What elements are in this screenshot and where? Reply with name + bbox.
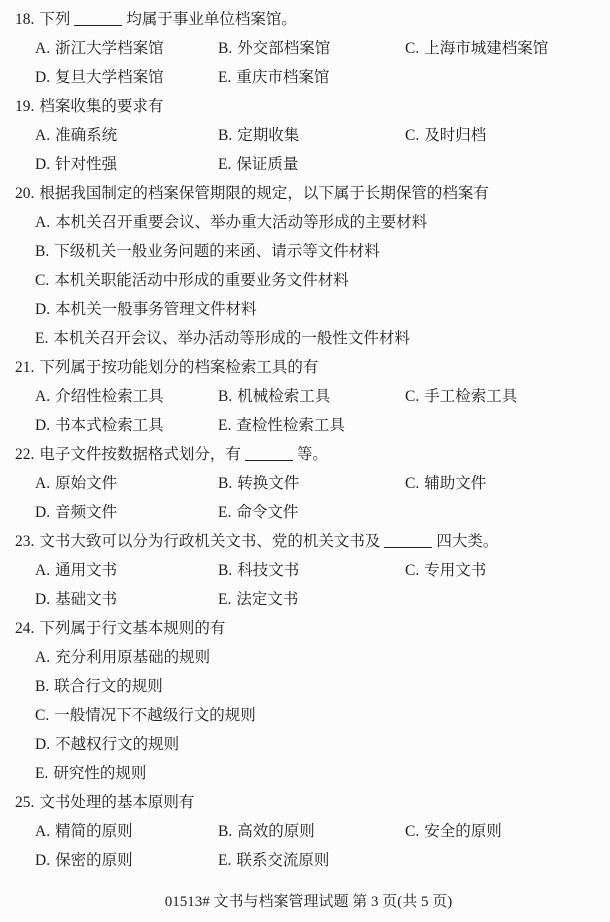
option-letter: A. bbox=[35, 649, 50, 666]
option-text: 定期收集 bbox=[237, 127, 299, 144]
option-text: 书本式检索工具 bbox=[55, 417, 164, 434]
option-text: 高效的原则 bbox=[237, 823, 315, 840]
option-letter: E. bbox=[218, 852, 231, 869]
answer-option: B.高效的原则 bbox=[218, 817, 405, 846]
question-stem: 23.文书大致可以分为行政机关文书、党的机关文书及四大类。 bbox=[15, 527, 602, 556]
answer-option: E.查检性检索工具 bbox=[218, 411, 405, 440]
answer-option: B.定期收集 bbox=[218, 121, 405, 150]
option-row: D.基础文书E.法定文书 bbox=[15, 585, 602, 614]
option-row: A.通用文书B.科技文书C.专用文书 bbox=[15, 556, 602, 585]
option-letter: B. bbox=[218, 40, 232, 57]
option-text: 上海市城建档案馆 bbox=[424, 40, 548, 57]
option-row: A.充分利用原基础的规则 bbox=[15, 643, 602, 672]
question-number: 22. bbox=[15, 446, 34, 463]
option-letter: E. bbox=[218, 69, 231, 86]
option-letter: A. bbox=[35, 214, 50, 231]
answer-option: C.手工检索工具 bbox=[405, 382, 602, 411]
question-number: 19. bbox=[15, 98, 34, 115]
option-text: 及时归档 bbox=[424, 127, 486, 144]
option-letter: D. bbox=[35, 69, 50, 86]
question-number: 20. bbox=[15, 185, 34, 202]
option-text: 命令文件 bbox=[236, 504, 298, 521]
answer-option: D.不越权行文的规则 bbox=[35, 730, 602, 759]
answer-option: C.一般情况下不越级行文的规则 bbox=[35, 701, 602, 730]
option-letter: D. bbox=[35, 301, 50, 318]
answer-option: D.音频文件 bbox=[35, 498, 218, 527]
question-text: 等。 bbox=[297, 446, 328, 463]
option-row: A.精简的原则B.高效的原则C.安全的原则 bbox=[15, 817, 602, 846]
option-text: 基础文书 bbox=[55, 591, 117, 608]
question-text: 档案收集的要求有 bbox=[39, 98, 163, 115]
option-letter: B. bbox=[218, 475, 232, 492]
option-text: 介绍性检索工具 bbox=[55, 388, 164, 405]
option-letter: E. bbox=[35, 765, 48, 782]
exam-page: 18.下列均属于事业单位档案馆。A.浙江大学档案馆B.外交部档案馆C.上海市城建… bbox=[0, 0, 610, 922]
option-letter: C. bbox=[35, 272, 49, 289]
option-row: A.介绍性检索工具B.机械检索工具C.手工检索工具 bbox=[15, 382, 602, 411]
option-letter: B. bbox=[218, 823, 232, 840]
option-letter: A. bbox=[35, 127, 50, 144]
option-letter: C. bbox=[405, 388, 419, 405]
answer-option: A.本机关召开重要会议、举办重大活动等形成的主要材料 bbox=[35, 208, 602, 237]
option-text: 外交部档案馆 bbox=[237, 40, 330, 57]
option-letter: A. bbox=[35, 823, 50, 840]
question-text: 均属于事业单位档案馆。 bbox=[126, 11, 297, 28]
question-block: 23.文书大致可以分为行政机关文书、党的机关文书及四大类。A.通用文书B.科技文… bbox=[15, 527, 602, 614]
option-row: D.不越权行文的规则 bbox=[15, 730, 602, 759]
option-row: A.原始文件B.转换文件C.辅助文件 bbox=[15, 469, 602, 498]
question-number: 24. bbox=[15, 620, 34, 637]
option-text: 下级机关一般业务问题的来函、请示等文件材料 bbox=[54, 243, 380, 260]
answer-option: A.介绍性检索工具 bbox=[35, 382, 218, 411]
answer-option: B.转换文件 bbox=[218, 469, 405, 498]
option-text: 重庆市档案馆 bbox=[236, 69, 329, 86]
answer-option: A.浙江大学档案馆 bbox=[35, 34, 218, 63]
option-text: 一般情况下不越级行文的规则 bbox=[54, 707, 256, 724]
option-text: 安全的原则 bbox=[424, 823, 502, 840]
option-text: 转换文件 bbox=[237, 475, 299, 492]
answer-option: A.原始文件 bbox=[35, 469, 218, 498]
answer-option: B.外交部档案馆 bbox=[218, 34, 405, 63]
option-text: 联系交流原则 bbox=[236, 852, 329, 869]
option-letter: D. bbox=[35, 852, 50, 869]
option-text: 本机关召开会议、举办活动等形成的一般性文件材料 bbox=[53, 330, 410, 347]
option-row: D.书本式检索工具E.查检性检索工具 bbox=[15, 411, 602, 440]
option-text: 专用文书 bbox=[424, 562, 486, 579]
option-row: A.本机关召开重要会议、举办重大活动等形成的主要材料 bbox=[15, 208, 602, 237]
option-row: B.联合行文的规则 bbox=[15, 672, 602, 701]
question-text: 四大类。 bbox=[436, 533, 498, 550]
answer-option: A.通用文书 bbox=[35, 556, 218, 585]
option-row: D.针对性强E.保证质量 bbox=[15, 150, 602, 179]
option-row: E.本机关召开会议、举办活动等形成的一般性文件材料 bbox=[15, 324, 602, 353]
question-block: 24.下列属于行文基本规则的有A.充分利用原基础的规则B.联合行文的规则C.一般… bbox=[15, 614, 602, 788]
answer-option: E.联系交流原则 bbox=[218, 846, 405, 875]
option-row: D.复旦大学档案馆E.重庆市档案馆 bbox=[15, 63, 602, 92]
option-row: C.本机关职能活动中形成的重要业务文件材料 bbox=[15, 266, 602, 295]
option-letter: C. bbox=[405, 562, 419, 579]
option-letter: B. bbox=[35, 678, 49, 695]
answer-option: D.基础文书 bbox=[35, 585, 218, 614]
question-block: 20.根据我国制定的档案保管期限的规定，以下属于长期保管的档案有A.本机关召开重… bbox=[15, 179, 602, 353]
option-text: 法定文书 bbox=[236, 591, 298, 608]
answer-option: B.机械检索工具 bbox=[218, 382, 405, 411]
question-stem: 24.下列属于行文基本规则的有 bbox=[15, 614, 602, 643]
option-letter: C. bbox=[405, 127, 419, 144]
option-text: 辅助文件 bbox=[424, 475, 486, 492]
answer-option: D.针对性强 bbox=[35, 150, 218, 179]
question-number: 18. bbox=[15, 11, 34, 28]
question-number: 25. bbox=[15, 794, 34, 811]
option-letter: E. bbox=[218, 504, 231, 521]
answer-option: E.本机关召开会议、举办活动等形成的一般性文件材料 bbox=[35, 324, 602, 353]
option-row: C.一般情况下不越级行文的规则 bbox=[15, 701, 602, 730]
answer-option: E.重庆市档案馆 bbox=[218, 63, 405, 92]
option-row: D.音频文件E.命令文件 bbox=[15, 498, 602, 527]
option-letter: C. bbox=[405, 475, 419, 492]
option-letter: B. bbox=[218, 388, 232, 405]
option-text: 充分利用原基础的规则 bbox=[55, 649, 210, 666]
question-block: 18.下列均属于事业单位档案馆。A.浙江大学档案馆B.外交部档案馆C.上海市城建… bbox=[15, 5, 602, 92]
answer-option: E.保证质量 bbox=[218, 150, 405, 179]
option-text: 机械检索工具 bbox=[237, 388, 330, 405]
option-text: 本机关召开重要会议、举办重大活动等形成的主要材料 bbox=[55, 214, 427, 231]
option-text: 联合行文的规则 bbox=[54, 678, 163, 695]
question-stem: 25.文书处理的基本原则有 bbox=[15, 788, 602, 817]
option-letter: C. bbox=[405, 823, 419, 840]
answer-option: B.科技文书 bbox=[218, 556, 405, 585]
option-row: D.保密的原则E.联系交流原则 bbox=[15, 846, 602, 875]
option-letter: A. bbox=[35, 40, 50, 57]
question-text: 文书大致可以分为行政机关文书、党的机关文书及 bbox=[39, 533, 380, 550]
answer-option: E.法定文书 bbox=[218, 585, 405, 614]
option-text: 保证质量 bbox=[236, 156, 298, 173]
option-text: 科技文书 bbox=[237, 562, 299, 579]
option-letter: E. bbox=[218, 591, 231, 608]
question-number: 21. bbox=[15, 359, 34, 376]
question-text: 下列 bbox=[39, 11, 70, 28]
answer-option: D.保密的原则 bbox=[35, 846, 218, 875]
option-text: 保密的原则 bbox=[55, 852, 133, 869]
option-text: 通用文书 bbox=[55, 562, 117, 579]
option-text: 准确系统 bbox=[55, 127, 117, 144]
answer-option: C.辅助文件 bbox=[405, 469, 602, 498]
fill-in-blank bbox=[384, 545, 432, 548]
option-letter: E. bbox=[218, 156, 231, 173]
option-letter: B. bbox=[218, 562, 232, 579]
option-row: A.浙江大学档案馆B.外交部档案馆C.上海市城建档案馆 bbox=[15, 34, 602, 63]
option-text: 本机关职能活动中形成的重要业务文件材料 bbox=[54, 272, 349, 289]
question-number: 23. bbox=[15, 533, 34, 550]
option-letter: C. bbox=[35, 707, 49, 724]
question-stem: 19.档案收集的要求有 bbox=[15, 92, 602, 121]
option-text: 精简的原则 bbox=[55, 823, 133, 840]
question-text: 文书处理的基本原则有 bbox=[39, 794, 194, 811]
answer-option: D.复旦大学档案馆 bbox=[35, 63, 218, 92]
question-stem: 22.电子文件按数据格式划分，有等。 bbox=[15, 440, 602, 469]
option-text: 原始文件 bbox=[55, 475, 117, 492]
question-stem: 21.下列属于按功能划分的档案检索工具的有 bbox=[15, 353, 602, 382]
option-text: 研究性的规则 bbox=[53, 765, 146, 782]
option-letter: A. bbox=[35, 475, 50, 492]
question-text: 根据我国制定的档案保管期限的规定，以下属于长期保管的档案有 bbox=[39, 185, 489, 202]
question-text: 下列属于按功能划分的档案检索工具的有 bbox=[39, 359, 318, 376]
option-letter: E. bbox=[35, 330, 48, 347]
question-stem: 20.根据我国制定的档案保管期限的规定，以下属于长期保管的档案有 bbox=[15, 179, 602, 208]
option-row: D.本机关一般事务管理文件材料 bbox=[15, 295, 602, 324]
answer-option: E.命令文件 bbox=[218, 498, 405, 527]
option-letter: D. bbox=[35, 417, 50, 434]
option-letter: A. bbox=[35, 388, 50, 405]
fill-in-blank bbox=[245, 458, 293, 461]
answer-option: A.充分利用原基础的规则 bbox=[35, 643, 602, 672]
answer-option: C.上海市城建档案馆 bbox=[405, 34, 602, 63]
question-text: 下列属于行文基本规则的有 bbox=[39, 620, 225, 637]
answer-option: C.专用文书 bbox=[405, 556, 602, 585]
answer-option: D.本机关一般事务管理文件材料 bbox=[35, 295, 602, 324]
question-block: 25.文书处理的基本原则有A.精简的原则B.高效的原则C.安全的原则D.保密的原… bbox=[15, 788, 602, 875]
answer-option: B.联合行文的规则 bbox=[35, 672, 602, 701]
answer-option: D.书本式检索工具 bbox=[35, 411, 218, 440]
answer-option: A.精简的原则 bbox=[35, 817, 218, 846]
page-footer: 01513# 文书与档案管理试题 第 3 页(共 5 页) bbox=[15, 888, 602, 917]
question-list: 18.下列均属于事业单位档案馆。A.浙江大学档案馆B.外交部档案馆C.上海市城建… bbox=[15, 5, 602, 875]
answer-option: C.及时归档 bbox=[405, 121, 602, 150]
option-text: 不越权行文的规则 bbox=[55, 736, 179, 753]
option-letter: B. bbox=[218, 127, 232, 144]
question-block: 22.电子文件按数据格式划分，有等。A.原始文件B.转换文件C.辅助文件D.音频… bbox=[15, 440, 602, 527]
option-letter: D. bbox=[35, 736, 50, 753]
answer-option: E.研究性的规则 bbox=[35, 759, 602, 788]
option-letter: B. bbox=[35, 243, 49, 260]
answer-option: B.下级机关一般业务问题的来函、请示等文件材料 bbox=[35, 237, 602, 266]
question-block: 19.档案收集的要求有A.准确系统B.定期收集C.及时归档D.针对性强E.保证质… bbox=[15, 92, 602, 179]
option-text: 查检性检索工具 bbox=[236, 417, 345, 434]
option-text: 复旦大学档案馆 bbox=[55, 69, 164, 86]
option-text: 音频文件 bbox=[55, 504, 117, 521]
option-letter: E. bbox=[218, 417, 231, 434]
question-text: 电子文件按数据格式划分，有 bbox=[39, 446, 241, 463]
option-text: 浙江大学档案馆 bbox=[55, 40, 164, 57]
option-letter: D. bbox=[35, 504, 50, 521]
option-row: B.下级机关一般业务问题的来函、请示等文件材料 bbox=[15, 237, 602, 266]
option-row: A.准确系统B.定期收集C.及时归档 bbox=[15, 121, 602, 150]
question-stem: 18.下列均属于事业单位档案馆。 bbox=[15, 5, 602, 34]
option-text: 针对性强 bbox=[55, 156, 117, 173]
fill-in-blank bbox=[74, 23, 122, 26]
answer-option: C.安全的原则 bbox=[405, 817, 602, 846]
option-letter: C. bbox=[405, 40, 419, 57]
question-block: 21.下列属于按功能划分的档案检索工具的有A.介绍性检索工具B.机械检索工具C.… bbox=[15, 353, 602, 440]
option-letter: D. bbox=[35, 156, 50, 173]
option-text: 本机关一般事务管理文件材料 bbox=[55, 301, 257, 318]
option-letter: D. bbox=[35, 591, 50, 608]
option-text: 手工检索工具 bbox=[424, 388, 517, 405]
option-row: E.研究性的规则 bbox=[15, 759, 602, 788]
answer-option: C.本机关职能活动中形成的重要业务文件材料 bbox=[35, 266, 602, 295]
answer-option: A.准确系统 bbox=[35, 121, 218, 150]
option-letter: A. bbox=[35, 562, 50, 579]
